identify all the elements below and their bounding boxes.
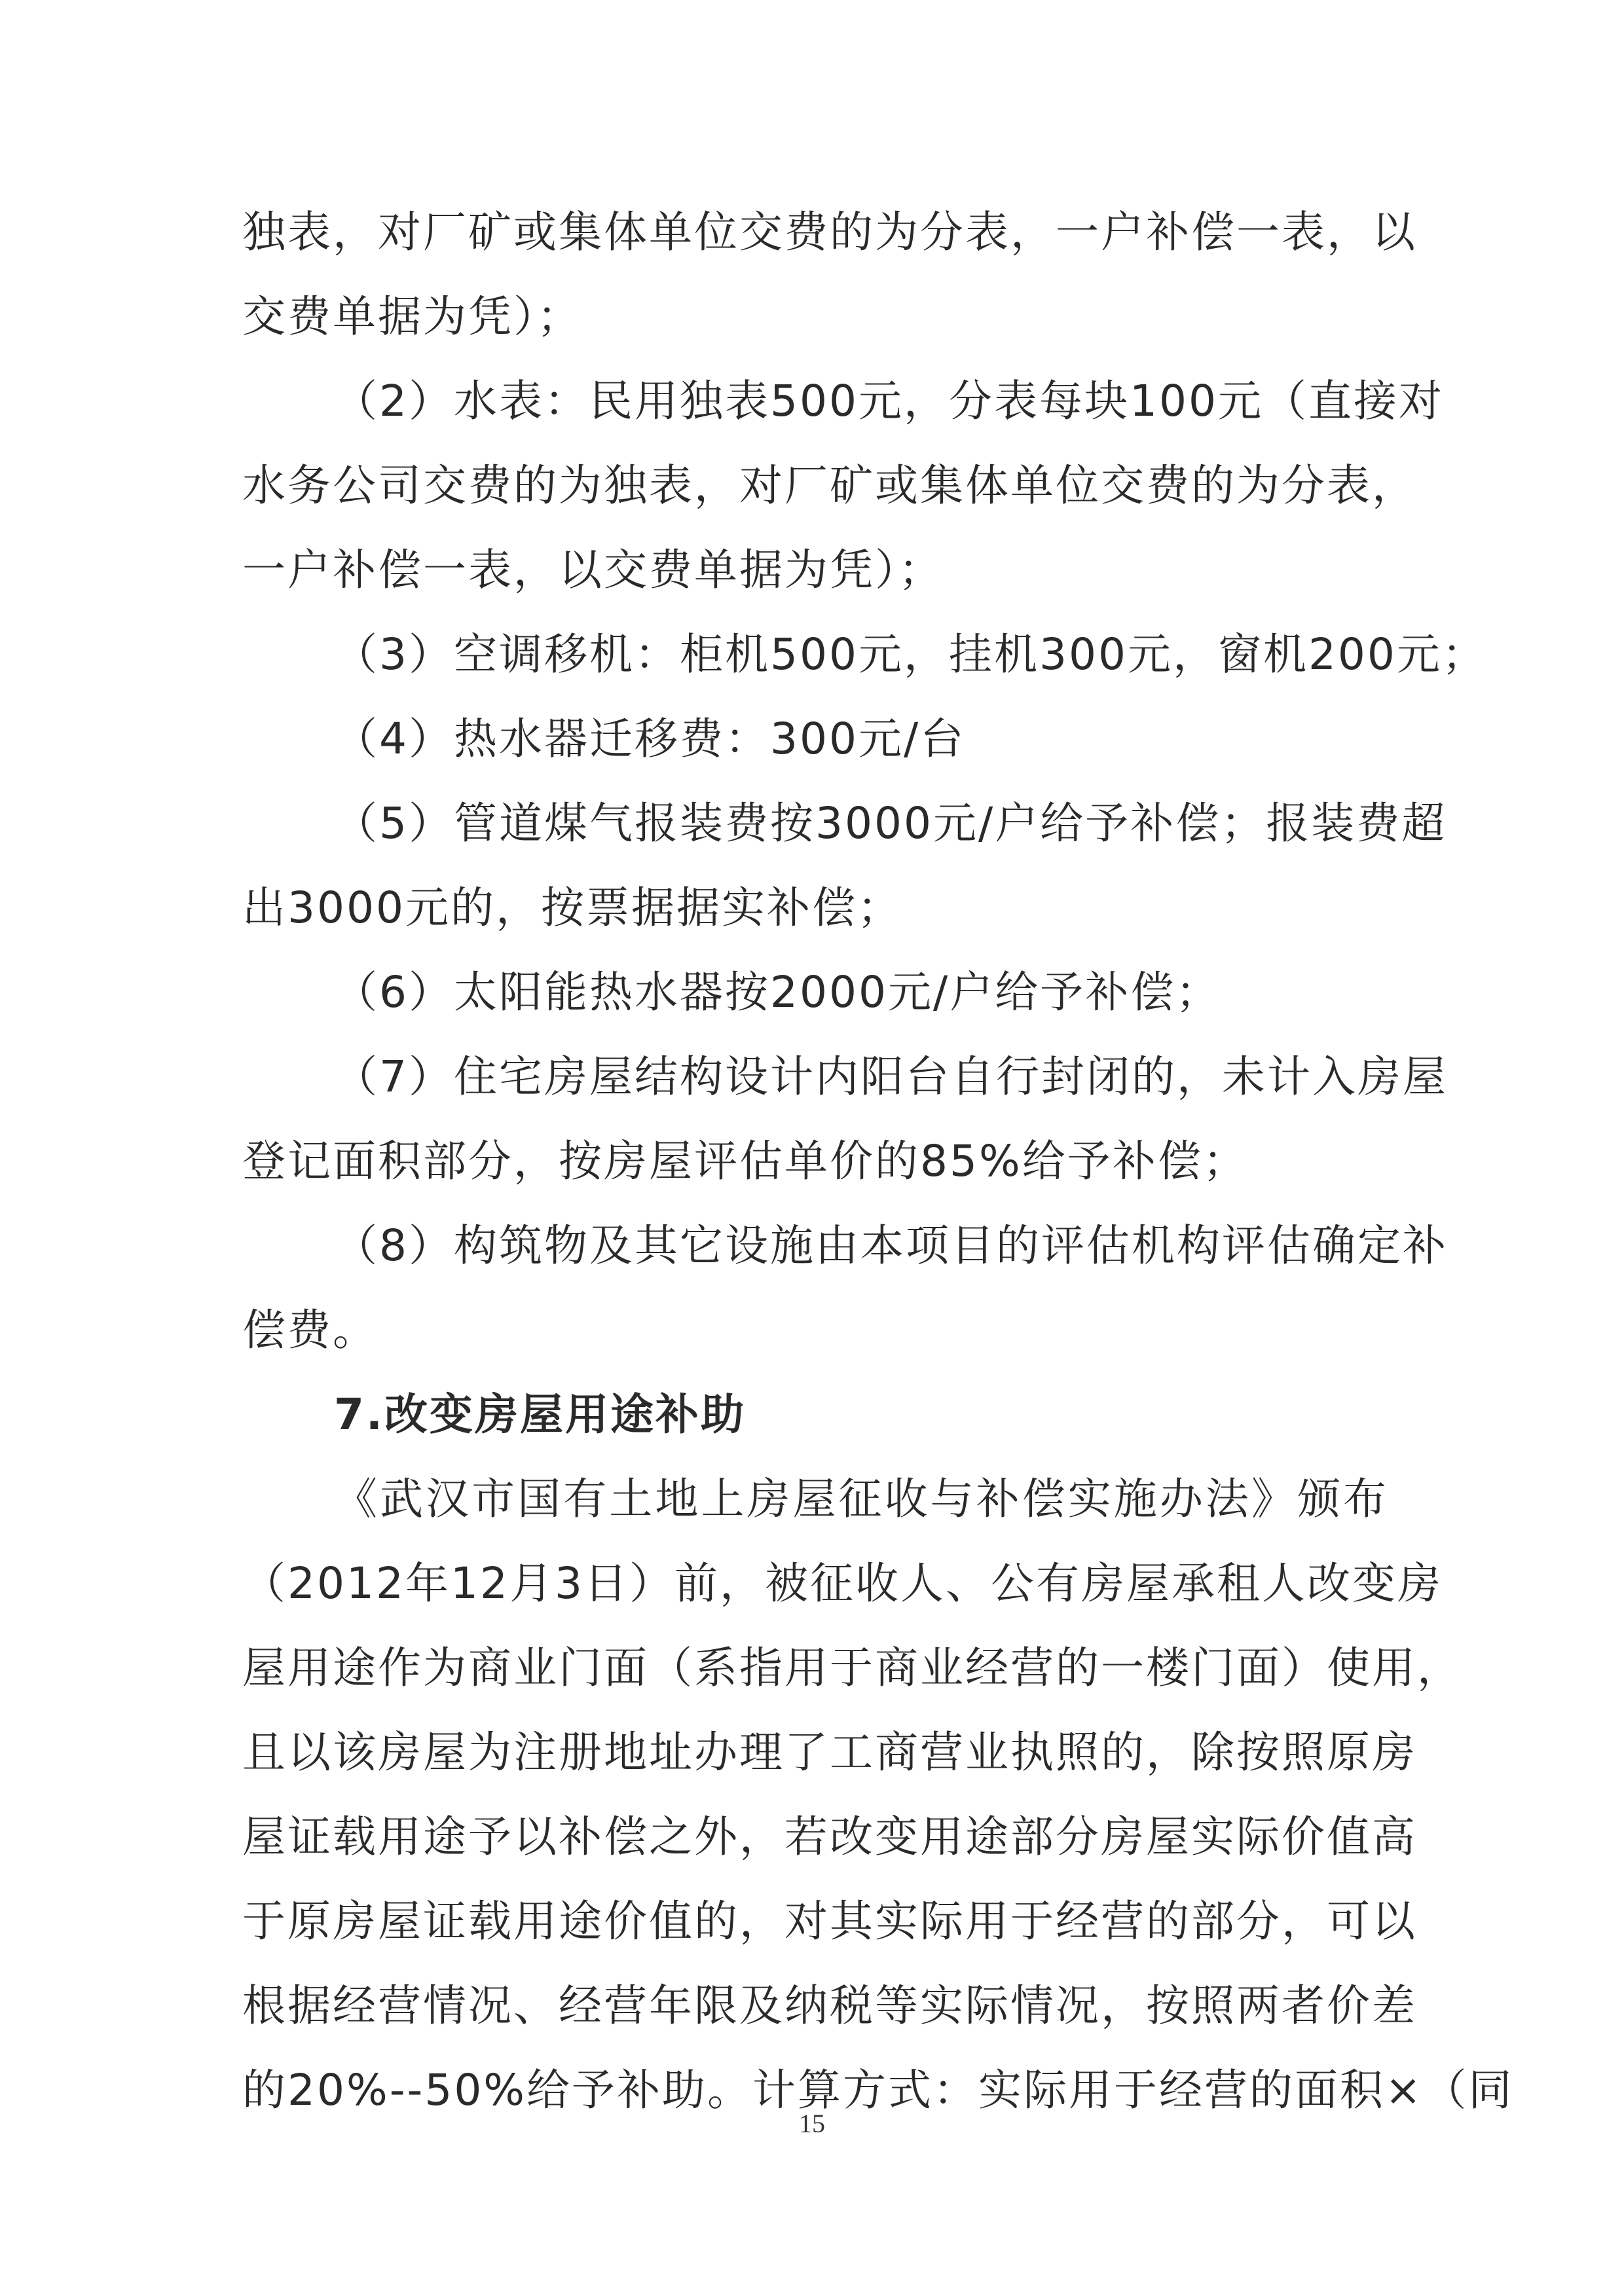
- text-line: 独表，对厂矿或集体单位交费的为分表，一户补偿一表，以: [242, 190, 1388, 274]
- text-line: 偿费。: [242, 1288, 1388, 1372]
- text-line: 屋证载用途予以补偿之外，若改变用途部分房屋实际价值高: [242, 1795, 1388, 1879]
- text-line: 交费单据为凭）；: [242, 274, 1388, 359]
- list-item-balcony: （7）住宅房屋结构设计内阳台自行封闭的，未计入房屋: [242, 1034, 1388, 1119]
- text-line: 水务公司交费的为独表，对厂矿或集体单位交费的为分表，: [242, 443, 1388, 528]
- text-line: 一户补偿一表，以交费单据为凭）；: [242, 528, 1388, 612]
- text-line: 屋用途作为商业门面（系指用于商业经营的一楼门面）使用，: [242, 1626, 1388, 1710]
- page-number: 15: [0, 2108, 1624, 2139]
- list-item-air-conditioner: （3）空调移机：柜机500元，挂机300元，窗机200元；: [242, 612, 1388, 697]
- text-line: 且以该房屋为注册地址办理了工商营业执照的，除按照原房: [242, 1710, 1388, 1795]
- text-line: 根据经营情况、经营年限及纳税等实际情况，按照两者价差: [242, 1963, 1388, 2048]
- list-item-structures: （8）构筑物及其它设施由本项目的评估机构评估确定补: [242, 1203, 1388, 1288]
- section-heading: 7.改变房屋用途补助: [242, 1372, 1388, 1457]
- list-item-water-meter: （2）水表：民用独表500元，分表每块100元（直接对: [242, 359, 1388, 443]
- text-line: 于原房屋证载用途价值的，对其实际用于经营的部分，可以: [242, 1879, 1388, 1963]
- document-body: 独表，对厂矿或集体单位交费的为分表，一户补偿一表，以 交费单据为凭）； （2）水…: [242, 190, 1388, 2132]
- text-line: （2012年12月3日）前，被征收人、公有房屋承租人改变房: [242, 1541, 1388, 1626]
- list-item-gas-pipeline: （5）管道煤气报装费按3000元/户给予补偿；报装费超: [242, 781, 1388, 866]
- text-line: 登记面积部分，按房屋评估单价的85%给予补偿；: [242, 1119, 1388, 1203]
- list-item-solar-heater: （6）太阳能热水器按2000元/户给予补偿；: [242, 950, 1388, 1034]
- list-item-water-heater: （4）热水器迁移费：300元/台: [242, 697, 1388, 781]
- text-line: 出3000元的，按票据据实补偿；: [242, 866, 1388, 950]
- paragraph-start: 《武汉市国有土地上房屋征收与补偿实施办法》颁布: [242, 1457, 1388, 1541]
